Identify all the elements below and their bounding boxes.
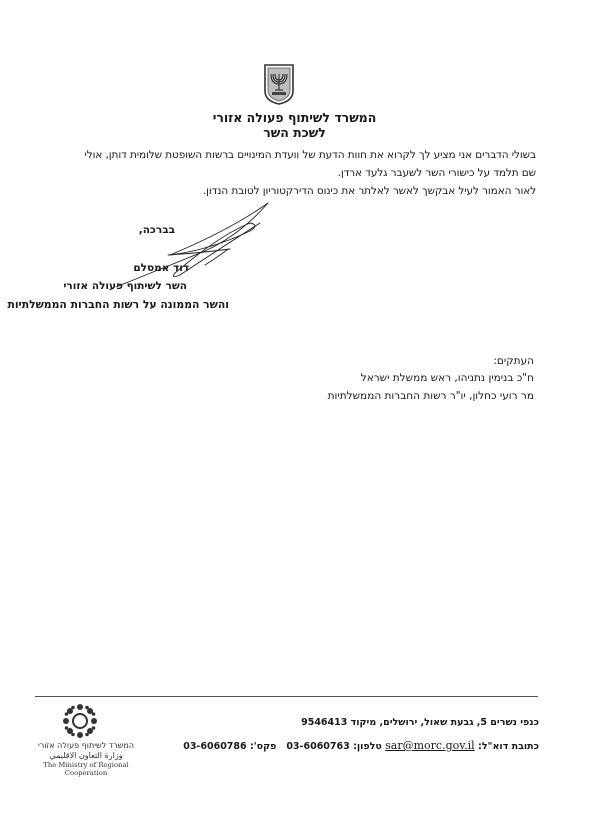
logo-text-english: The Ministry of Regional Cooperation [30, 761, 142, 777]
body-line: לאור האמור לעיל אבקשך לאשר לאלתר את כינו… [203, 185, 536, 197]
copy-recipient: מר רועי כחלון, יו"ר רשות החברות הממשלתיו… [328, 390, 534, 402]
footer-address: כנפי נשרים 5, גבעת שאול, ירושלים, מיקוד … [301, 717, 539, 728]
email-label: כתובת דוא"ל: [478, 741, 539, 752]
closing-greeting: בברכה, [139, 224, 175, 236]
ministry-name: המשרד לשיתוף פעולה אזורי [0, 110, 589, 125]
copy-recipient: ח"כ בנימין נתניהו, ראש ממשלת ישראל [361, 372, 534, 384]
fax-label: פקס': [250, 741, 276, 752]
phone-number: 03-6060763 [286, 741, 349, 752]
copies-heading: העתקים: [493, 355, 534, 367]
logo-text-arabic: وزارة التعاون الاقليمي [30, 751, 142, 760]
body-line: בשולי הדברים אני מציע לך לקרוא את חוות ה… [84, 149, 536, 161]
phone-label: טלפון: [353, 741, 382, 752]
signer-name: דוד אמסלם [133, 262, 189, 274]
ministry-gear-logo-icon [62, 703, 98, 739]
letter-page: המשרד לשיתוף פעולה אזורי לשכת השר בשולי … [0, 0, 589, 828]
signer-title-secondary: והשר הממונה על רשות החברות הממשלתיות [7, 298, 229, 311]
email-link[interactable]: sar@morc.gov.il [385, 739, 475, 752]
footer-divider [35, 696, 538, 697]
office-name: לשכת השר [0, 125, 589, 140]
logo-text-hebrew: המשרד לשיתוף פעולה אזורי [30, 741, 142, 750]
signer-title: השר לשיתוף פעולה אזורי [63, 280, 187, 292]
body-line: שם תלמד על כישורי השר לשעבר גלעד ארדן. [338, 167, 536, 179]
footer-contact: כתובת דוא"ל: sar@morc.gov.il טלפון: 03-6… [183, 739, 539, 752]
state-emblem-menorah-icon [263, 63, 295, 105]
fax-number: 03-6060786 [183, 741, 246, 752]
